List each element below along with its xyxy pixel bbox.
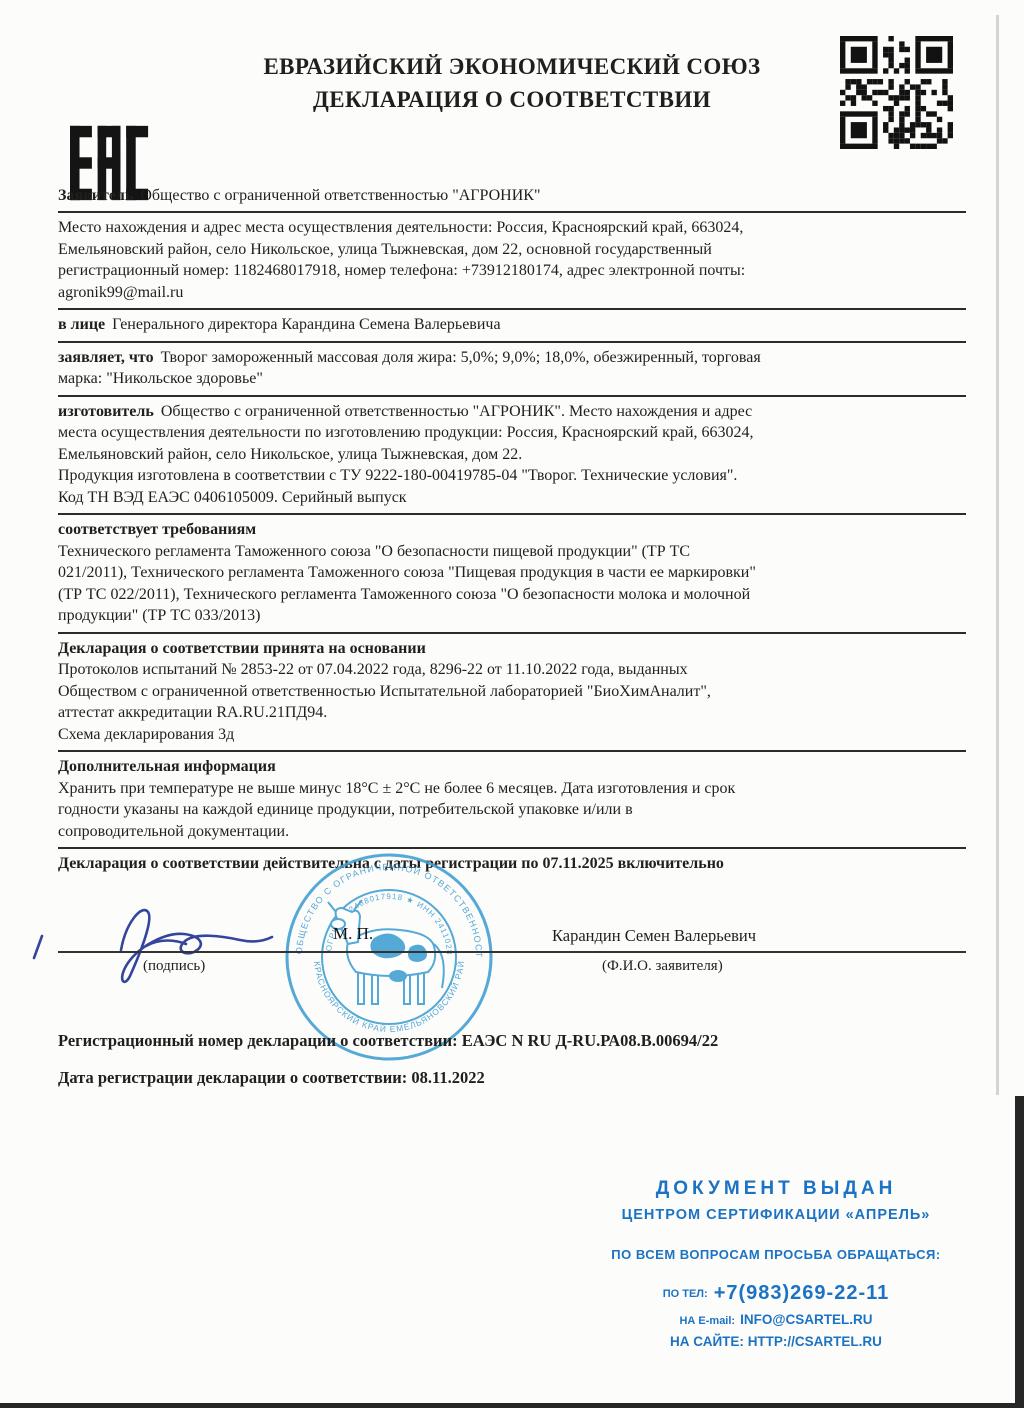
registration-date-row: Дата регистрации декларации о соответств…: [58, 1067, 718, 1088]
title-line-1: ЕВРАЗИЙСКИЙ ЭКОНОМИЧЕСКИЙ СОЮЗ: [58, 50, 966, 83]
applicant-name: Карандин Семен Валерьевич: [552, 926, 756, 946]
applicant-row: ЗаявительОбщество с ограниченной ответст…: [58, 185, 966, 207]
in-person-value: Генерального директора Карандина Семена …: [112, 316, 500, 333]
in-person-label: в лице: [58, 316, 105, 333]
issuer-center-name: ЦЕНТРОМ СЕРТИФИКАЦИИ «АПРЕЛЬ»: [598, 1207, 954, 1223]
divider: [58, 632, 966, 634]
manufacturer-label: изготовитель: [58, 403, 154, 420]
issuer-site-value: HTTP://CSARTEL.RU: [748, 1334, 882, 1349]
declares-value: Творог замороженный массовая доля жира: …: [58, 349, 761, 388]
document-body: ЕВРАЗИЙСКИЙ ЭКОНОМИЧЕСКИЙ СОЮЗ ДЕКЛАРАЦИ…: [58, 0, 966, 875]
signature-caption: (подпись): [143, 958, 205, 975]
applicant-value: Общество с ограниченной ответственностью…: [140, 187, 540, 204]
additional-text: Хранить при температуре не выше минус 18…: [58, 778, 966, 843]
divider: [58, 847, 966, 849]
scheme-text: Схема декларирования 3д: [58, 724, 966, 746]
issuer-email-row: НА E-mail:INFO@CSARTEL.RU: [598, 1312, 954, 1327]
signature-line: [58, 951, 966, 953]
document-title: ЕВРАЗИЙСКИЙ ЭКОНОМИЧЕСКИЙ СОЮЗ ДЕКЛАРАЦИ…: [58, 50, 966, 117]
basis-heading: Декларация о соответствии принята на осн…: [58, 638, 966, 660]
issuer-site-row: НА САЙТЕ: HTTP://CSARTEL.RU: [598, 1334, 954, 1349]
scan-edge-right-bottom: [1015, 1096, 1024, 1408]
stamp-place-label: М. П.: [333, 924, 373, 944]
registration-number-label: Регистрационный номер декларации о соотв…: [58, 1031, 458, 1050]
basis-text: Протоколов испытаний № 2853-22 от 07.04.…: [58, 659, 966, 724]
issuer-email-value: INFO@CSARTEL.RU: [740, 1312, 872, 1327]
scan-edge-right: [996, 15, 999, 1095]
registration-date-value: 08.11.2022: [411, 1068, 484, 1087]
requirements-heading: соответствует требованиям: [58, 519, 966, 541]
registration-block: Регистрационный номер декларации о соотв…: [58, 1030, 718, 1089]
issuer-block: ДОКУМЕНТ ВЫДАН ЦЕНТРОМ СЕРТИФИКАЦИИ «АПР…: [598, 1178, 954, 1349]
manufacturer-row: изготовительОбщество с ограниченной отве…: [58, 401, 966, 509]
registration-number-value: ЕАЭС N RU Д-RU.РА08.В.00694/22: [462, 1031, 719, 1050]
divider: [58, 308, 966, 310]
divider: [58, 211, 966, 213]
address-paragraph: Место нахождения и адрес места осуществл…: [58, 217, 966, 303]
issuer-site-label: НА САЙТЕ:: [670, 1334, 744, 1349]
applicant-name-caption: (Ф.И.О. заявителя): [602, 958, 723, 975]
signature-image: [26, 888, 276, 998]
scan-edge-bottom: [0, 1403, 1024, 1408]
registration-date-label: Дата регистрации декларации о соответств…: [58, 1068, 407, 1087]
declares-label: заявляет, что: [58, 349, 154, 366]
declares-row: заявляет, чтоТворог замороженный массова…: [58, 347, 966, 390]
in-person-row: в лицеГенерального директора Карандина С…: [58, 314, 966, 336]
issuer-email-label: НА E-mail:: [679, 1315, 735, 1327]
requirements-text: Технического регламента Таможенного союз…: [58, 541, 966, 627]
declaration-document: ЕВРАЗИЙСКИЙ ЭКОНОМИЧЕСКИЙ СОЮЗ ДЕКЛАРАЦИ…: [0, 0, 1024, 1408]
issuer-phone-value: +7(983)269-22-11: [714, 1282, 890, 1304]
validity-row: Декларация о соответствии действительна …: [58, 853, 966, 875]
divider: [58, 341, 966, 343]
registration-number-row: Регистрационный номер декларации о соотв…: [58, 1030, 718, 1051]
manufacturer-value: Общество с ограниченной ответственностью…: [58, 403, 754, 506]
applicant-label: Заявитель: [58, 187, 133, 204]
divider: [58, 750, 966, 752]
issuer-phone-row: ПО ТЕЛ:+7(983)269-22-11: [598, 1282, 954, 1305]
issuer-phone-label: ПО ТЕЛ:: [663, 1288, 708, 1300]
issuer-title: ДОКУМЕНТ ВЫДАН: [598, 1178, 954, 1200]
divider: [58, 513, 966, 515]
title-line-2: ДЕКЛАРАЦИЯ О СООТВЕТСТВИИ: [58, 83, 966, 116]
additional-heading: Дополнительная информация: [58, 756, 966, 778]
issuer-contact-note: ПО ВСЕМ ВОПРОСАМ ПРОСЬБА ОБРАЩАТЬСЯ:: [598, 1247, 954, 1262]
divider: [58, 395, 966, 397]
